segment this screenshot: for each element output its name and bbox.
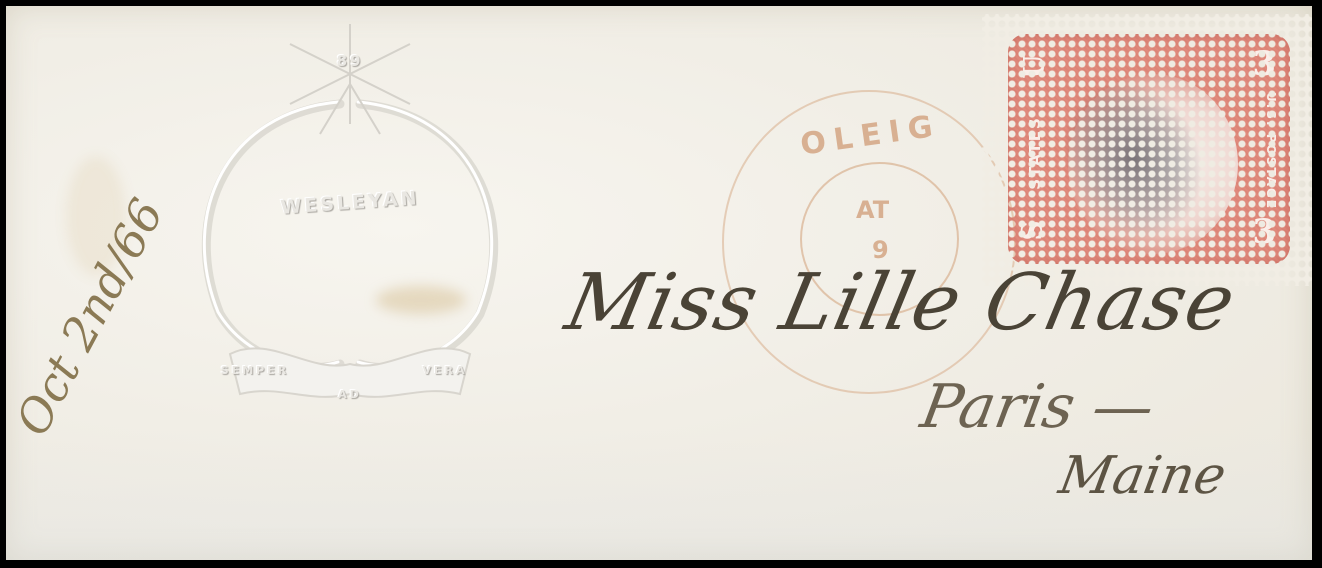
embossed-seal: 89 WESLEYAN SEMPER AD VERA <box>170 14 530 424</box>
stamp-left-text: STATES <box>1026 116 1044 190</box>
seal-number: 89 <box>170 52 530 70</box>
postmark-month: AT <box>856 196 889 224</box>
seal-ribbon-right: VERA <box>265 364 625 377</box>
stamp-corner-tl: U <box>1018 54 1051 78</box>
stamp-corner-bl: S <box>1016 220 1049 240</box>
address-city: Paris — <box>916 372 1160 442</box>
stamp-corner-br: 3 <box>1252 212 1276 252</box>
stamp-right-text: U.S. POSTAGE <box>1264 92 1278 210</box>
addressee-name: Miss Lille Chase <box>558 258 1243 348</box>
stamp-corner-tr: 3 <box>1252 44 1276 84</box>
stamp-frame: U S 3 3 STATES U.S. POSTAGE <box>1008 34 1290 264</box>
seal-ribbon-middle: AD <box>170 388 530 401</box>
postage-stamp: U S 3 3 STATES U.S. POSTAGE <box>982 14 1312 286</box>
address-state: Maine <box>1055 446 1231 506</box>
